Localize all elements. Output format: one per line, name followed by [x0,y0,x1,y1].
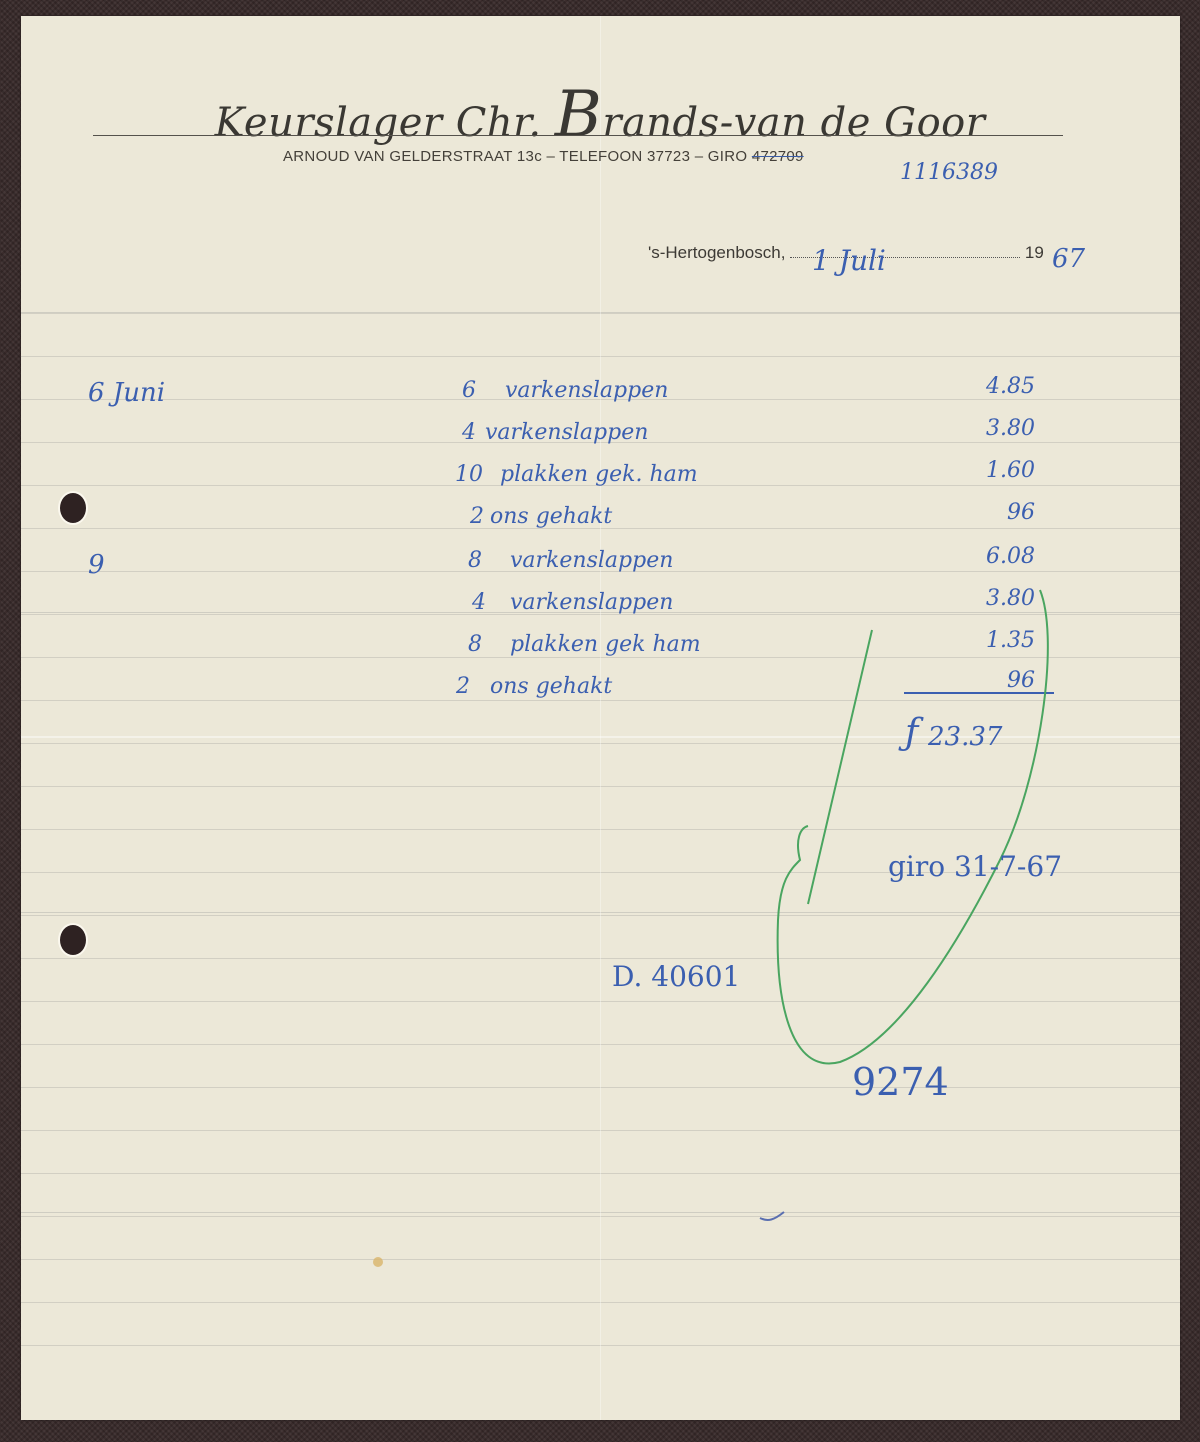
reference-number: D. 40601 [612,960,740,993]
giro-paid-note: giro 31-7-67 [888,850,1062,883]
ink-mark [760,1212,784,1220]
booking-number: 9274 [852,1060,949,1104]
green-check-mark [0,0,1200,1442]
